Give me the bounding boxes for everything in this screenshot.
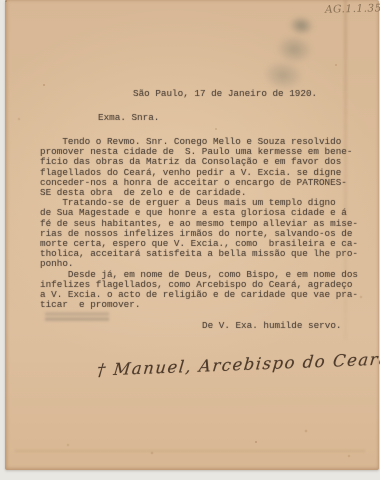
archive-code-annotation: AG.1.1.355 (325, 2, 380, 16)
handwritten-signature: † Manuel, Arcebispo do Ceará (96, 351, 338, 379)
paper-speckles (5, 0, 7, 2)
letter-closing: De V. Exa. humilde servo. (202, 320, 341, 331)
letter-dateline: São Paulo, 17 de Janeiro de 1920. (133, 88, 317, 99)
paper-crease-horizontal (15, 450, 365, 452)
scanned-letter-frame: AG.1.1.355 São Paulo, 17 de Janeiro de 1… (0, 0, 380, 480)
ink-stain (248, 7, 333, 99)
letter-salutation: Exma. Snra. (98, 112, 159, 123)
letter-body-text: Tendo o Revmo. Snr. Conego Mello e Souza… (40, 137, 358, 310)
faint-pencil-smudge (45, 312, 109, 325)
letter-paper-sheet: AG.1.1.355 São Paulo, 17 de Janeiro de 1… (5, 0, 379, 470)
